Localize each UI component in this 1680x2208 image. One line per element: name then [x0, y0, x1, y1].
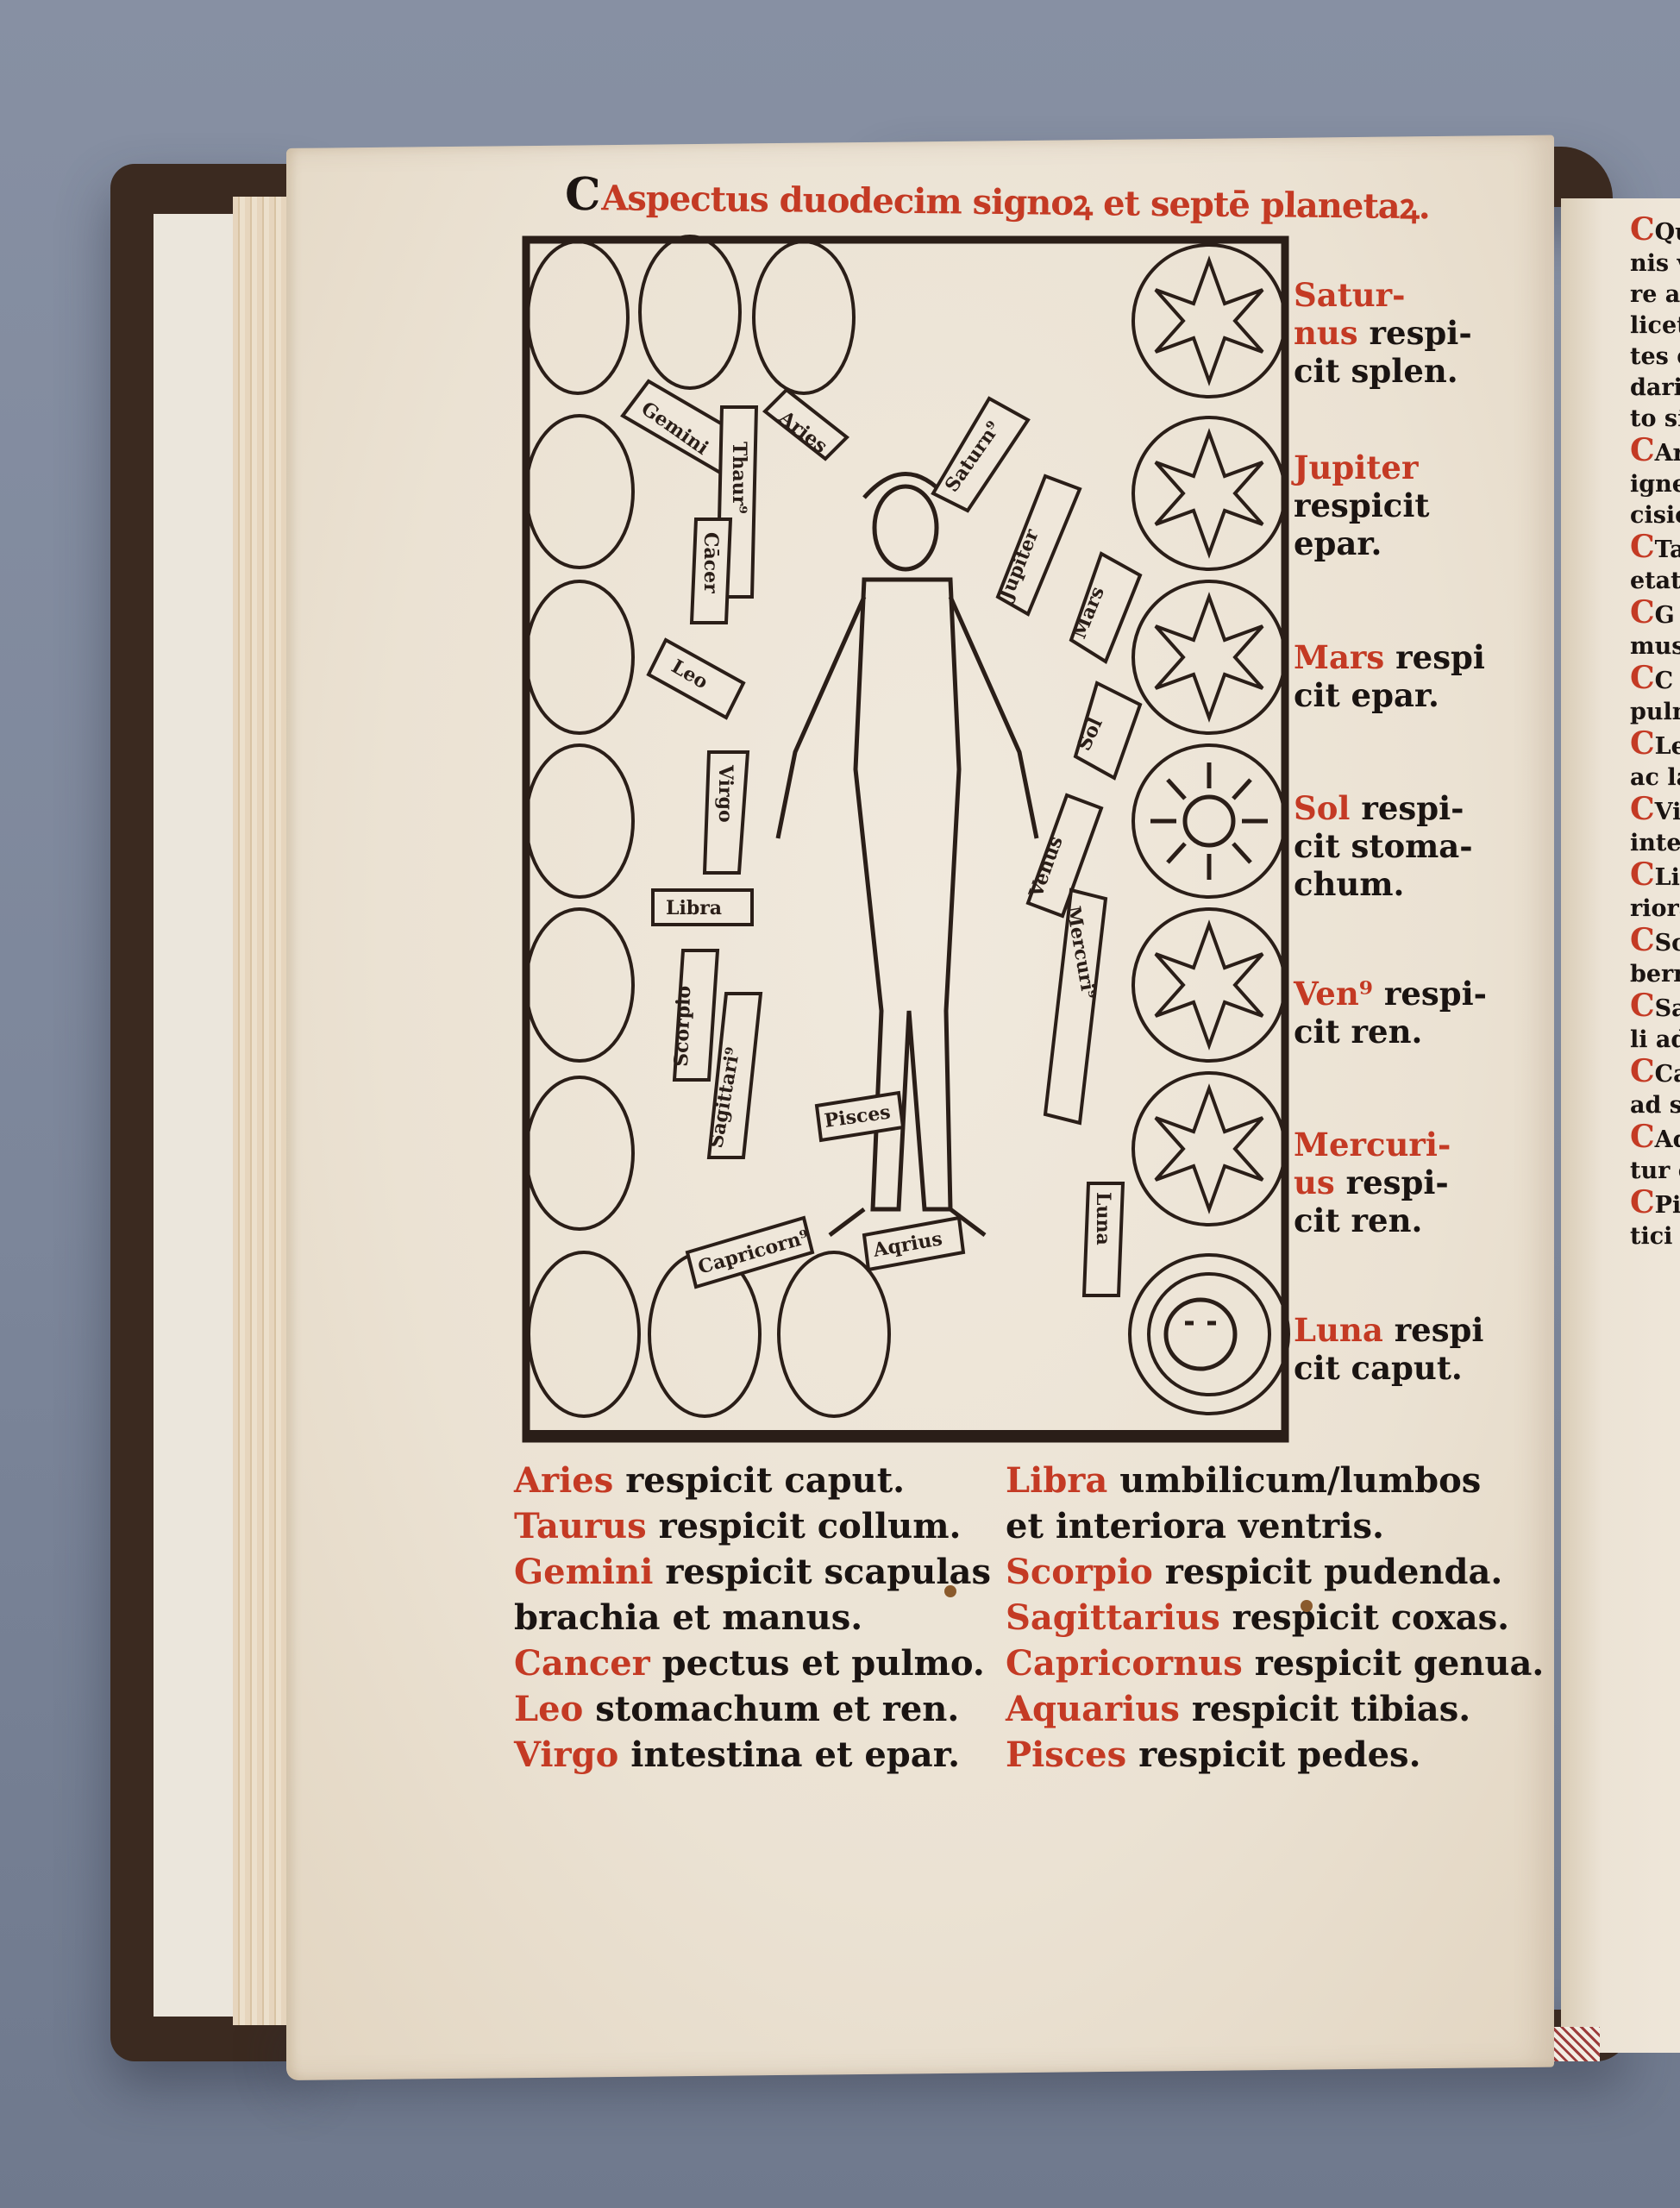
pilcrow-mark: C: [1630, 1119, 1655, 1155]
facing-line: CSa: [1630, 990, 1680, 1025]
note-luna: Luna respi cit caput.: [1294, 1311, 1483, 1387]
zodiac-man-woodcut: Gemini Thaur⁹ Aries Saturn⁹ Jupiter Mars…: [519, 235, 1291, 1444]
pilcrow-mark: C: [1630, 725, 1655, 762]
facing-line: CSc: [1630, 925, 1680, 959]
page-title: CAspectus duodecim signoꝝ et septē plane…: [565, 168, 1430, 229]
pilcrow-mark: C: [1630, 529, 1655, 565]
facing-line: CCap: [1630, 1056, 1680, 1090]
zodiac-legend-left: Aries respicit caput. Taurus respicit co…: [514, 1458, 991, 1778]
pilcrow-mark: C: [1630, 594, 1655, 630]
facing-line: CAqua: [1630, 1121, 1680, 1156]
scroll-taurus: Thaur⁹: [728, 442, 750, 514]
pilcrow-mark: C: [1630, 791, 1655, 827]
facing-line: CLib: [1630, 859, 1680, 894]
legend-row: Leo stomachum et ren.: [514, 1686, 991, 1732]
pilcrow-mark: C: [1630, 922, 1655, 958]
legend-row: Gemini respicit scapulas: [514, 1549, 991, 1595]
legend-row: brachia et manus.: [514, 1595, 991, 1640]
facing-line: dari f: [1630, 373, 1680, 404]
legend-row: Scorpio respicit pudenda.: [1006, 1549, 1544, 1595]
pilcrow-mark: C: [1630, 211, 1655, 248]
facing-line: igneu: [1630, 469, 1680, 500]
pilcrow-mark: C: [1630, 856, 1655, 893]
facing-line: etat/: [1630, 566, 1680, 597]
facing-line: re alij: [1630, 279, 1680, 310]
pilcrow-mark: C: [1630, 660, 1655, 696]
title-initial: C: [565, 168, 600, 221]
note-saturnus: Satur- nus respi- cit splen.: [1294, 276, 1472, 390]
facing-line: musc: [1630, 631, 1680, 662]
note-venus: Ven⁹ respi- cit ren.: [1294, 975, 1487, 1051]
pilcrow-mark: C: [1630, 432, 1655, 468]
facing-line: CTa: [1630, 531, 1680, 566]
legend-row: Aries respicit caput.: [514, 1458, 991, 1503]
note-mercurius: Mercuri- us respi- cit ren.: [1294, 1126, 1451, 1239]
scroll-libra: Libra: [666, 897, 722, 919]
facing-line: CLe: [1630, 728, 1680, 762]
pilcrow-mark: C: [1630, 1053, 1655, 1089]
scroll-luna: Luna: [1092, 1192, 1114, 1245]
legend-row: Sagittarius respicit coxas.: [1006, 1595, 1544, 1640]
paper-stain: [944, 1585, 956, 1597]
facing-line: CAr: [1630, 435, 1680, 469]
title-text: Aspectus duodecim signoꝝ et septē planet…: [601, 178, 1430, 227]
legend-row: Aquarius respicit tibias.: [1006, 1686, 1544, 1732]
legend-row: Virgo intestina et epar.: [514, 1732, 991, 1778]
facing-line: li ad in: [1630, 1025, 1680, 1056]
facing-line: CVi: [1630, 793, 1680, 828]
facing-line: rioracn: [1630, 894, 1680, 925]
pilcrow-mark: C: [1630, 988, 1655, 1024]
legend-row: Libra umbilicum/lumbos: [1006, 1458, 1544, 1503]
legend-row: et interiora ventris.: [1006, 1503, 1544, 1549]
scroll-scorpio: Scorpio: [670, 985, 695, 1067]
note-sol: Sol respi- cit stoma- chum.: [1294, 789, 1473, 903]
facing-line: berna: [1630, 959, 1680, 990]
facing-line: pulm: [1630, 697, 1680, 728]
facing-line: intesti: [1630, 828, 1680, 859]
page-edges: [233, 197, 293, 2025]
facing-line: nis ve: [1630, 248, 1680, 279]
facing-line: to sig: [1630, 404, 1680, 435]
note-jupiter: Jupiter respicit epar.: [1294, 448, 1429, 562]
facing-line: CPisces: [1630, 1187, 1680, 1221]
facing-line: CQu: [1630, 214, 1680, 248]
facing-line: licet h: [1630, 310, 1680, 342]
facing-line: tur et in: [1630, 1156, 1680, 1187]
paper-stain: [1301, 1600, 1313, 1612]
note-mars: Mars respi cit epar.: [1294, 638, 1485, 714]
scroll-virgo: Virgo: [714, 764, 737, 823]
legend-row: Pisces respicit pedes.: [1006, 1732, 1544, 1778]
facing-line: ac lat: [1630, 762, 1680, 793]
legend-row: Cancer pectus et pulmo.: [514, 1640, 991, 1686]
scroll-cancer: Cācer: [699, 532, 722, 593]
planet-medallions-right: [1130, 245, 1288, 1414]
legend-row: Taurus respicit collum.: [514, 1503, 991, 1549]
facing-line: CG: [1630, 597, 1680, 631]
facing-line: CC: [1630, 662, 1680, 697]
facing-page-text: CQunis vere alijlicet htes qudari fto si…: [1630, 214, 1680, 1252]
zodiac-legend-right: Libra umbilicum/lumbos et interiora vent…: [1006, 1458, 1544, 1778]
facing-line: tes qu: [1630, 342, 1680, 373]
legend-row: Capricornus respicit genua.: [1006, 1640, 1544, 1686]
facing-line: tici pedes: [1630, 1221, 1680, 1252]
facing-line: ad sang: [1630, 1090, 1680, 1121]
pilcrow-mark: C: [1630, 1184, 1655, 1220]
facing-line: cision: [1630, 500, 1680, 531]
